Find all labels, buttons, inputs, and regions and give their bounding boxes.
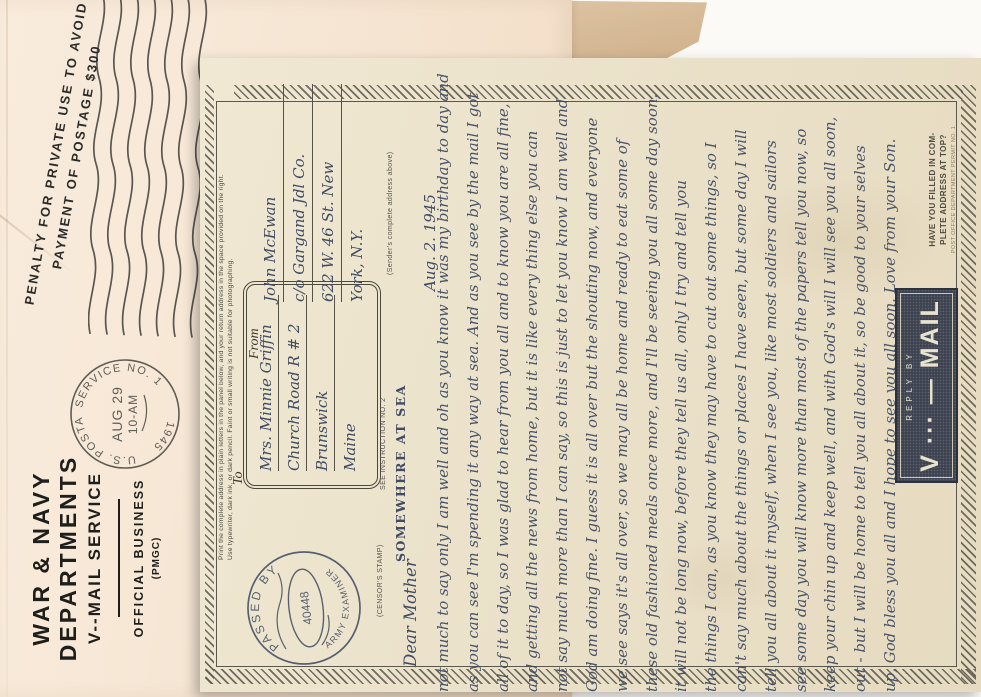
- department-line: DEPARTMENTS: [55, 422, 82, 694]
- army-examiner-text: ARMY EXAMINER: [323, 566, 351, 650]
- hatched-border-left: [205, 85, 214, 684]
- from-address-line: John McEwan: [255, 84, 284, 302]
- see-instruction-note: SEE INSTRUCTION NO. 2: [380, 398, 387, 490]
- letter-body: not much to say only I am well and oh as…: [428, 90, 905, 692]
- from-address-line: 622 W. 46 St. New: [313, 84, 342, 302]
- from-address-line: c/o Gargand Jdl Co.: [284, 84, 313, 302]
- permit-line: POST OFFICE DEPARTMENT PERMIT NO. 1: [951, 107, 957, 272]
- letter-line: and getting all the news from home, but …: [517, 90, 547, 692]
- vmail-indicia-block: REPLY BY V ··· — MAIL: [895, 288, 958, 483]
- letter-salutation: Dear Mother: [401, 559, 420, 667]
- letter-line: can't say much about the things or place…: [726, 90, 756, 692]
- vmail-logo: V ··· — MAIL: [916, 290, 945, 481]
- passed-by-text: PASSED BY: [248, 561, 282, 654]
- vmail-service-line: V--MAIL SERVICE: [85, 422, 105, 694]
- official-business-line: OFFICIAL BUSINESS: [132, 422, 146, 694]
- letter-line: not much to say only I am well and oh as…: [428, 90, 458, 692]
- from-address-line: York, N.Y.: [342, 84, 370, 302]
- censor-stamp: PASSED BY ARMY EXAMINER 40448: [233, 540, 375, 682]
- war-navy-departments-block: WAR & NAVY DEPARTMENTS V--MAIL SERVICE O…: [28, 422, 186, 694]
- cancellation-wavy-lines-icon: [88, 0, 216, 342]
- to-address-lines: Mrs. Minnie GriffinChurch Road R # 2Brun…: [251, 295, 362, 471]
- to-address-line: Brunswick: [307, 295, 335, 471]
- letter-line: see some day you will know more than mos…: [786, 90, 816, 692]
- letter-line: the things I can, as you know they may h…: [696, 90, 726, 692]
- to-address-line: Mrs. Minnie Griffin: [251, 295, 279, 471]
- letter-line: tell you all about it myself, when I see…: [756, 90, 786, 692]
- svg-text:PASSED BY: PASSED BY: [248, 561, 282, 654]
- censor-stamp-label: (CENSOR'S STAMP): [377, 544, 384, 617]
- reminder-line: PLETE ADDRESS AT TOP?: [939, 107, 950, 272]
- instruction-line: Use typewriter, dark ink, or dark pencil…: [226, 100, 235, 560]
- envelope-crease: [6, 0, 8, 697]
- reminder-line: HAVE YOU FILLED IN COM-: [928, 107, 939, 272]
- letter-line: keep your chin up and keep well, and wit…: [815, 90, 845, 692]
- letter-line: out - but I will be home to tell you all…: [845, 90, 875, 692]
- vmail-form-sheet: Print the complete address in plain lett…: [200, 58, 981, 692]
- sender-note: (Sender's complete address above): [387, 152, 394, 275]
- to-address-line: Church Road R # 2: [279, 295, 307, 471]
- department-line: WAR & NAVY: [28, 422, 55, 694]
- form-instructions: Print the complete address in plain lett…: [217, 100, 237, 560]
- pmgc-line: (PMGC): [151, 422, 162, 694]
- letter-line: as you can see I'm spending it any way a…: [458, 90, 488, 692]
- divider-rule: [118, 499, 120, 617]
- address-reminder-note: HAVE YOU FILLED IN COM- PLETE ADDRESS AT…: [928, 107, 968, 272]
- from-address-lines: John McEwanc/o Gargand Jdl Co.622 W. 46 …: [255, 84, 370, 302]
- letter-line: not say much more than I can say, so thi…: [547, 90, 577, 692]
- examiner-number: 40448: [297, 590, 315, 625]
- letter-line: these old fashioned meals once more, and…: [637, 90, 667, 692]
- letter-line: God am doing fine. I guess it is all ove…: [577, 90, 607, 692]
- to-address-line: Maine: [335, 295, 362, 471]
- letter-line: all of it to day, so I was glad to hear …: [488, 90, 518, 692]
- svg-text:ARMY EXAMINER: ARMY EXAMINER: [323, 566, 351, 650]
- reply-by-label: REPLY BY: [905, 290, 914, 481]
- scanned-vmail-letter: PENALTY FOR PRIVATE USE TO AVOID PAYMENT…: [0, 0, 981, 697]
- from-label: From: [247, 328, 263, 359]
- to-address-box: Mrs. Minnie GriffinChurch Road R # 2Brun…: [243, 281, 381, 489]
- letter-location: SOMEWHERE AT SEA: [393, 392, 408, 562]
- letter-line: we see says it's all over, so we may all…: [607, 90, 637, 692]
- letter-line: it will not be long now, before they tel…: [666, 90, 696, 692]
- instruction-line: Print the complete address in plain lett…: [217, 100, 226, 560]
